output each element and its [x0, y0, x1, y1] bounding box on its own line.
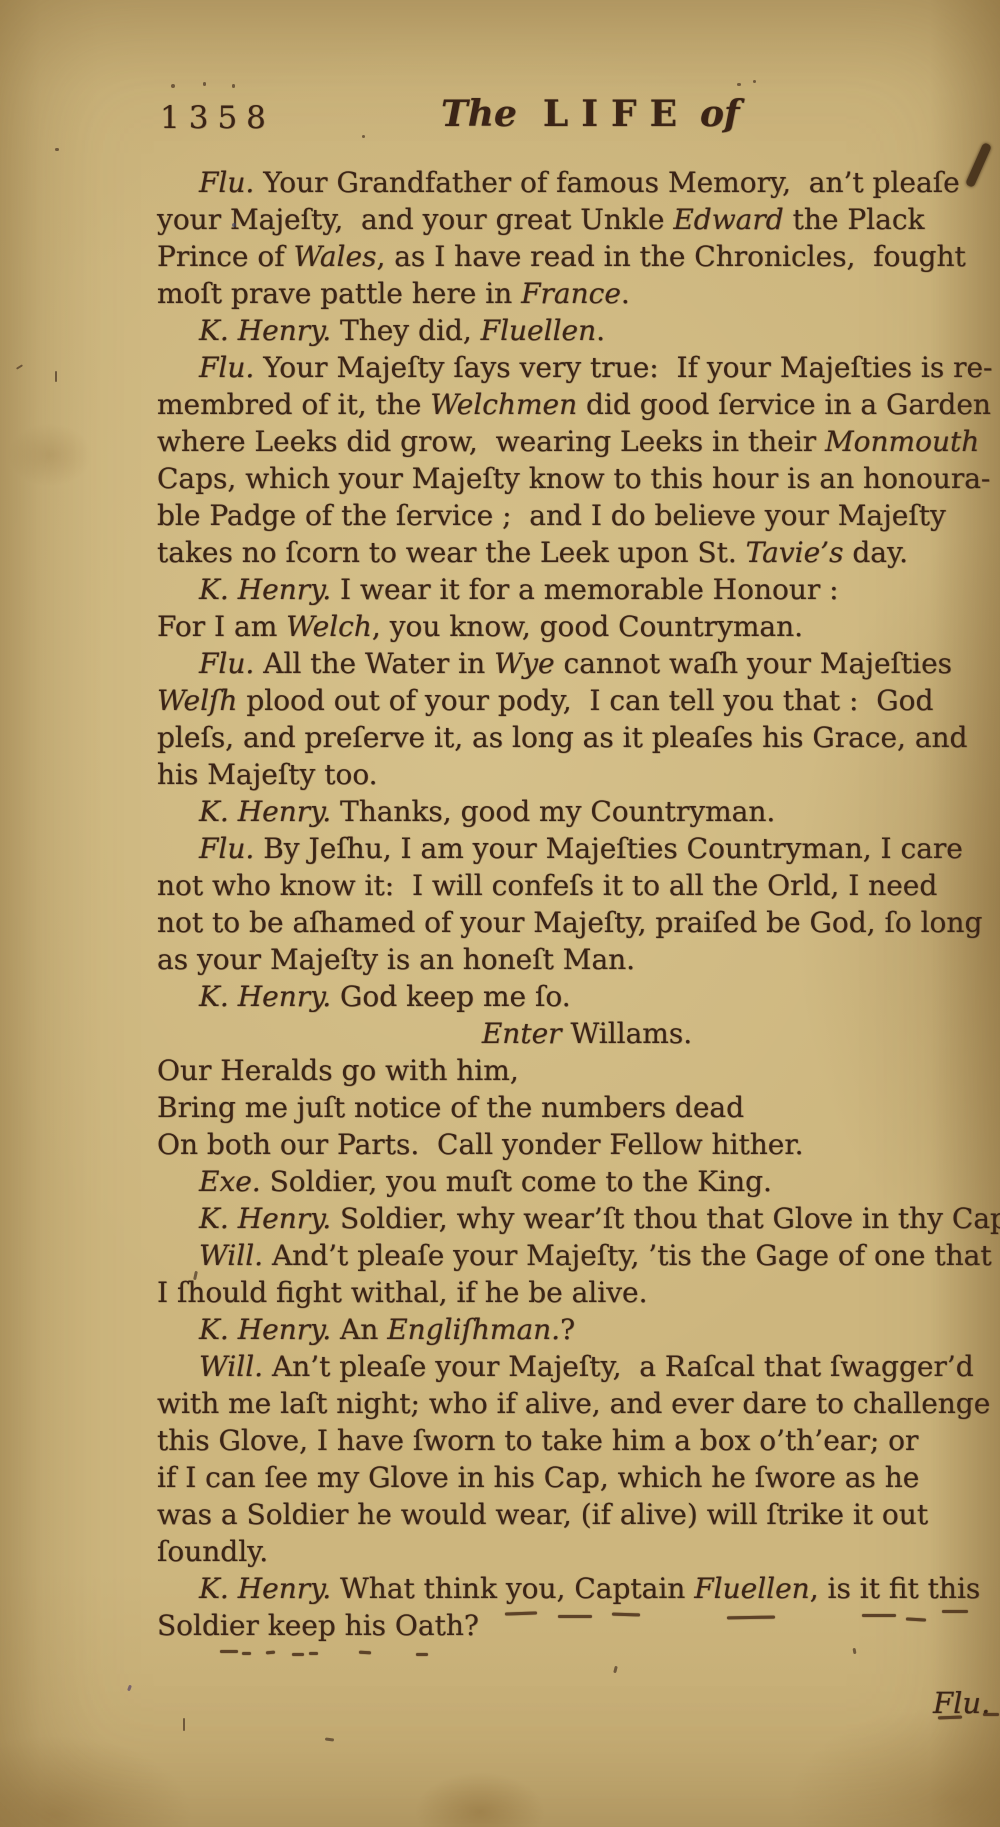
paper-speck — [203, 82, 206, 86]
text-line: Flu. Your Grandfather of famous Memory, … — [157, 164, 1000, 201]
roman-text: And’t pleaſe your Majeſty, ’tis the Gage… — [263, 1239, 992, 1272]
paper-speck — [753, 80, 756, 83]
text-line: Exe. Soldier, you muſt come to the King. — [157, 1163, 1000, 1200]
paper-speck — [171, 84, 175, 88]
roman-text: membred of it, the — [157, 388, 430, 421]
ink-dash-mark — [266, 1651, 275, 1655]
text-line: Prince of Wales, as I have read in the C… — [157, 238, 1000, 275]
text-line: K. Henry. They did, Fluellen. — [157, 312, 1000, 349]
roman-text: They did, — [331, 314, 481, 347]
italic-text: Fluellen — [694, 1572, 810, 1605]
roman-text: Soldier, why wear’ſt thou that Glove in … — [331, 1202, 1000, 1235]
text-line: with me laſt night; who if alive, and ev… — [157, 1385, 1000, 1422]
roman-text: For I am — [157, 610, 286, 643]
text-line: ble Padge of the ſervice ; and I do beli… — [157, 497, 1000, 534]
ink-dash-mark — [359, 1651, 371, 1655]
italic-text: Welch — [286, 610, 372, 643]
paper-speck — [232, 223, 236, 227]
italic-text: Enter — [482, 1017, 562, 1050]
text-line: K. Henry. Soldier, why wear’ſt thou that… — [157, 1200, 1000, 1237]
text-line: pleſs, and preſerve it, as long as it pl… — [157, 719, 1000, 756]
italic-text: Flu. — [199, 351, 254, 384]
text-line: Enter Willams. — [157, 1015, 1000, 1052]
roman-text: By Jeſhu, I am your Majeſties Countryman… — [254, 832, 963, 865]
book-page: 1358 TheLIFEof Flu. Your Grandfather of … — [0, 0, 1000, 1827]
italic-text: K. Henry. — [199, 1202, 331, 1235]
text-line: Will. An’t pleaſe your Majeſty, a Raſcal… — [157, 1348, 1000, 1385]
text-line: Flu. All the Water in Wye cannot waſh yo… — [157, 645, 1000, 682]
roman-text: I ſhould fight withal, if he be alive. — [157, 1276, 647, 1309]
text-line: not to be aſhamed of your Majeſty, praiſ… — [157, 904, 1000, 941]
page-number: 1358 — [160, 100, 275, 136]
italic-text: Wye — [494, 647, 555, 680]
text-line: Soldier keep his Oath? — [157, 1607, 1000, 1644]
catchword: Flu. — [933, 1686, 990, 1720]
text-line: Flu. By Jeſhu, I am your Majeſties Count… — [157, 830, 1000, 867]
roman-text: Soldier, you muſt come to the King. — [261, 1165, 772, 1198]
text-line: Welſh plood out of your pody, I can tell… — [157, 682, 1000, 719]
roman-text: day. — [843, 536, 908, 569]
text-line: K. Henry. What think you, Captain Fluell… — [157, 1570, 1000, 1607]
roman-text: as your Majeſty is an honeſt Man. — [157, 943, 635, 976]
text-line: K. Henry. I wear it for a memorable Hono… — [157, 571, 1000, 608]
running-title-of: of — [700, 93, 740, 135]
text-line: this Glove, I have ſworn to take him a b… — [157, 1422, 1000, 1459]
roman-text: Caps, which your Majeſty know to this ho… — [157, 462, 990, 495]
running-title-life: LIFE — [543, 93, 690, 135]
text-line: membred of it, the Welchmen did good ſer… — [157, 386, 1000, 423]
italic-text: Engliſhman. — [387, 1313, 560, 1346]
roman-text: with me laſt night; who if alive, and ev… — [157, 1387, 990, 1420]
italic-text: K. Henry. — [199, 1572, 331, 1605]
italic-text: Monmouth — [825, 425, 979, 458]
roman-text: not who know it: I will confeſs it to al… — [157, 869, 937, 902]
roman-text: did good ſervice in a Garden — [577, 388, 991, 421]
text-line: if I can ſee my Glove in his Cap, which … — [157, 1459, 1000, 1496]
paper-speck — [183, 1718, 185, 1731]
text-line: where Leeks did grow, wearing Leeks in t… — [157, 423, 1000, 460]
text-line: moſt prave pattle here in France. — [157, 275, 1000, 312]
text-line: On both our Parts. Call yonder Fellow hi… — [157, 1126, 1000, 1163]
text-line: Flu. Your Majeſty ſays very true: If you… — [157, 349, 1000, 386]
roman-text: , as I have read in the Chronicles, foug… — [376, 240, 965, 273]
paper-speck — [232, 84, 235, 88]
text-line: takes no ſcorn to wear the Leek upon St.… — [157, 534, 1000, 571]
text-line: K. Henry. God keep me ſo. — [157, 978, 1000, 1015]
italic-text: K. Henry. — [199, 795, 331, 828]
roman-text: Prince of — [157, 240, 294, 273]
roman-text: On both our Parts. Call yonder Fellow hi… — [157, 1128, 804, 1161]
roman-text: ble Padge of the ſervice ; and I do beli… — [157, 499, 946, 532]
italic-text: Exe. — [199, 1165, 261, 1198]
italic-text: Flu. — [199, 647, 254, 680]
paper-speck — [362, 135, 365, 138]
italic-text: Will. — [199, 1350, 263, 1383]
roman-text: Willams. — [562, 1017, 693, 1050]
italic-text: Tavie’s — [746, 536, 844, 569]
italic-text: K. Henry. — [199, 314, 331, 347]
paper-speck — [55, 371, 57, 382]
paper-speck — [127, 1685, 132, 1692]
ink-dash-mark — [416, 1653, 428, 1656]
roman-text: his Majeſty too. — [157, 758, 378, 791]
roman-text: ? — [560, 1313, 575, 1346]
text-line: Caps, which your Majeſty know to this ho… — [157, 460, 1000, 497]
italic-text: Edward — [673, 203, 783, 236]
ink-dash-mark — [862, 1614, 896, 1617]
ink-dash-mark — [309, 1652, 318, 1655]
roman-text: I wear it for a memorable Honour : — [331, 573, 838, 606]
roman-text: . — [621, 277, 630, 310]
italic-text: France — [521, 277, 621, 310]
roman-text: An — [331, 1313, 387, 1346]
ink-dash-mark — [242, 1652, 251, 1655]
italic-text: Fluellen — [481, 314, 597, 347]
italic-text: Flu. — [199, 832, 254, 865]
italic-text: Welchmen — [430, 388, 577, 421]
roman-text: , is it fit this — [810, 1572, 981, 1605]
roman-text: the Plack — [784, 203, 925, 236]
italic-text: Wales — [294, 240, 377, 273]
running-title-the: The — [441, 93, 517, 135]
text-line: ſoundly. — [157, 1533, 1000, 1570]
roman-text: not to be aſhamed of your Majeſty, praiſ… — [157, 906, 982, 939]
roman-text: takes no ſcorn to wear the Leek upon St. — [157, 536, 746, 569]
roman-text: What think you, Captain — [331, 1572, 694, 1605]
text-line: your Majeſty, and your great Unkle Edwar… — [157, 201, 1000, 238]
text-line: Bring me juſt notice of the numbers dead — [157, 1089, 1000, 1126]
text-line: K. Henry. Thanks, good my Countryman. — [157, 793, 1000, 830]
text-line: Our Heralds go with him, — [157, 1052, 1000, 1089]
roman-text: Bring me juſt notice of the numbers dead — [157, 1091, 744, 1124]
italic-text: Will. — [199, 1239, 263, 1272]
roman-text: if I can ſee my Glove in his Cap, which … — [157, 1461, 919, 1494]
ink-dash-mark — [292, 1653, 304, 1656]
text-line: was a Soldier he would wear, (if alive) … — [157, 1496, 1000, 1533]
ink-dash-mark — [942, 1610, 968, 1613]
text-line: not who know it: I will confeſs it to al… — [157, 867, 1000, 904]
roman-text: Your Majeſty ſays very true: If your Maj… — [254, 351, 992, 384]
roman-text: cannot waſh your Majeſties — [555, 647, 952, 680]
text-line: as your Majeſty is an honeſt Man. — [157, 941, 1000, 978]
roman-text: Soldier keep his Oath? — [157, 1609, 479, 1642]
roman-text: your Majeſty, and your great Unkle — [157, 203, 673, 236]
paper-speck — [613, 1666, 618, 1674]
running-title: TheLIFEof — [441, 93, 740, 135]
roman-text: moſt prave pattle here in — [157, 277, 521, 310]
roman-text: All the Water in — [254, 647, 494, 680]
ink-dash-mark — [220, 1650, 238, 1653]
italic-text: Flu. — [199, 166, 254, 199]
italic-text: Welſh — [157, 684, 237, 717]
ink-dash-mark — [983, 1713, 999, 1716]
roman-text: this Glove, I have ſworn to take him a b… — [157, 1424, 918, 1457]
roman-text: Your Grandfather of famous Memory, an’t … — [254, 166, 959, 199]
roman-text: was a Soldier he would wear, (if alive) … — [157, 1498, 928, 1531]
roman-text: An’t pleaſe your Majeſty, a Raſcal that … — [263, 1350, 974, 1383]
paper-speck — [737, 83, 741, 86]
text-line: I ſhould fight withal, if he be alive. — [157, 1274, 1000, 1311]
paper-speck — [16, 364, 23, 369]
roman-text: ſoundly. — [157, 1535, 268, 1568]
roman-text: , you know, good Countryman. — [372, 610, 803, 643]
italic-text: K. Henry. — [199, 980, 331, 1013]
paper-speck — [55, 148, 59, 151]
roman-text: where Leeks did grow, wearing Leeks in t… — [157, 425, 825, 458]
page-text: Flu. Your Grandfather of famous Memory, … — [157, 164, 1000, 1644]
roman-text: plood out of your pody, I can tell you t… — [237, 684, 933, 717]
text-line: For I am Welch, you know, good Countryma… — [157, 608, 1000, 645]
roman-text: . — [596, 314, 605, 347]
paper-speck — [325, 1737, 334, 1741]
text-line: his Majeſty too. — [157, 756, 1000, 793]
text-line: Will. And’t pleaſe your Majeſty, ’tis th… — [157, 1237, 1000, 1274]
roman-text: Our Heralds go with him, — [157, 1054, 519, 1087]
roman-text: Thanks, good my Countryman. — [331, 795, 775, 828]
ink-dash-mark — [558, 1615, 592, 1618]
text-line: K. Henry. An Engliſhman.? — [157, 1311, 1000, 1348]
roman-text: God keep me ſo. — [331, 980, 571, 1013]
italic-text: K. Henry. — [199, 573, 331, 606]
roman-text: pleſs, and preſerve it, as long as it pl… — [157, 721, 967, 754]
italic-text: K. Henry. — [199, 1313, 331, 1346]
paper-speck — [853, 1648, 857, 1654]
